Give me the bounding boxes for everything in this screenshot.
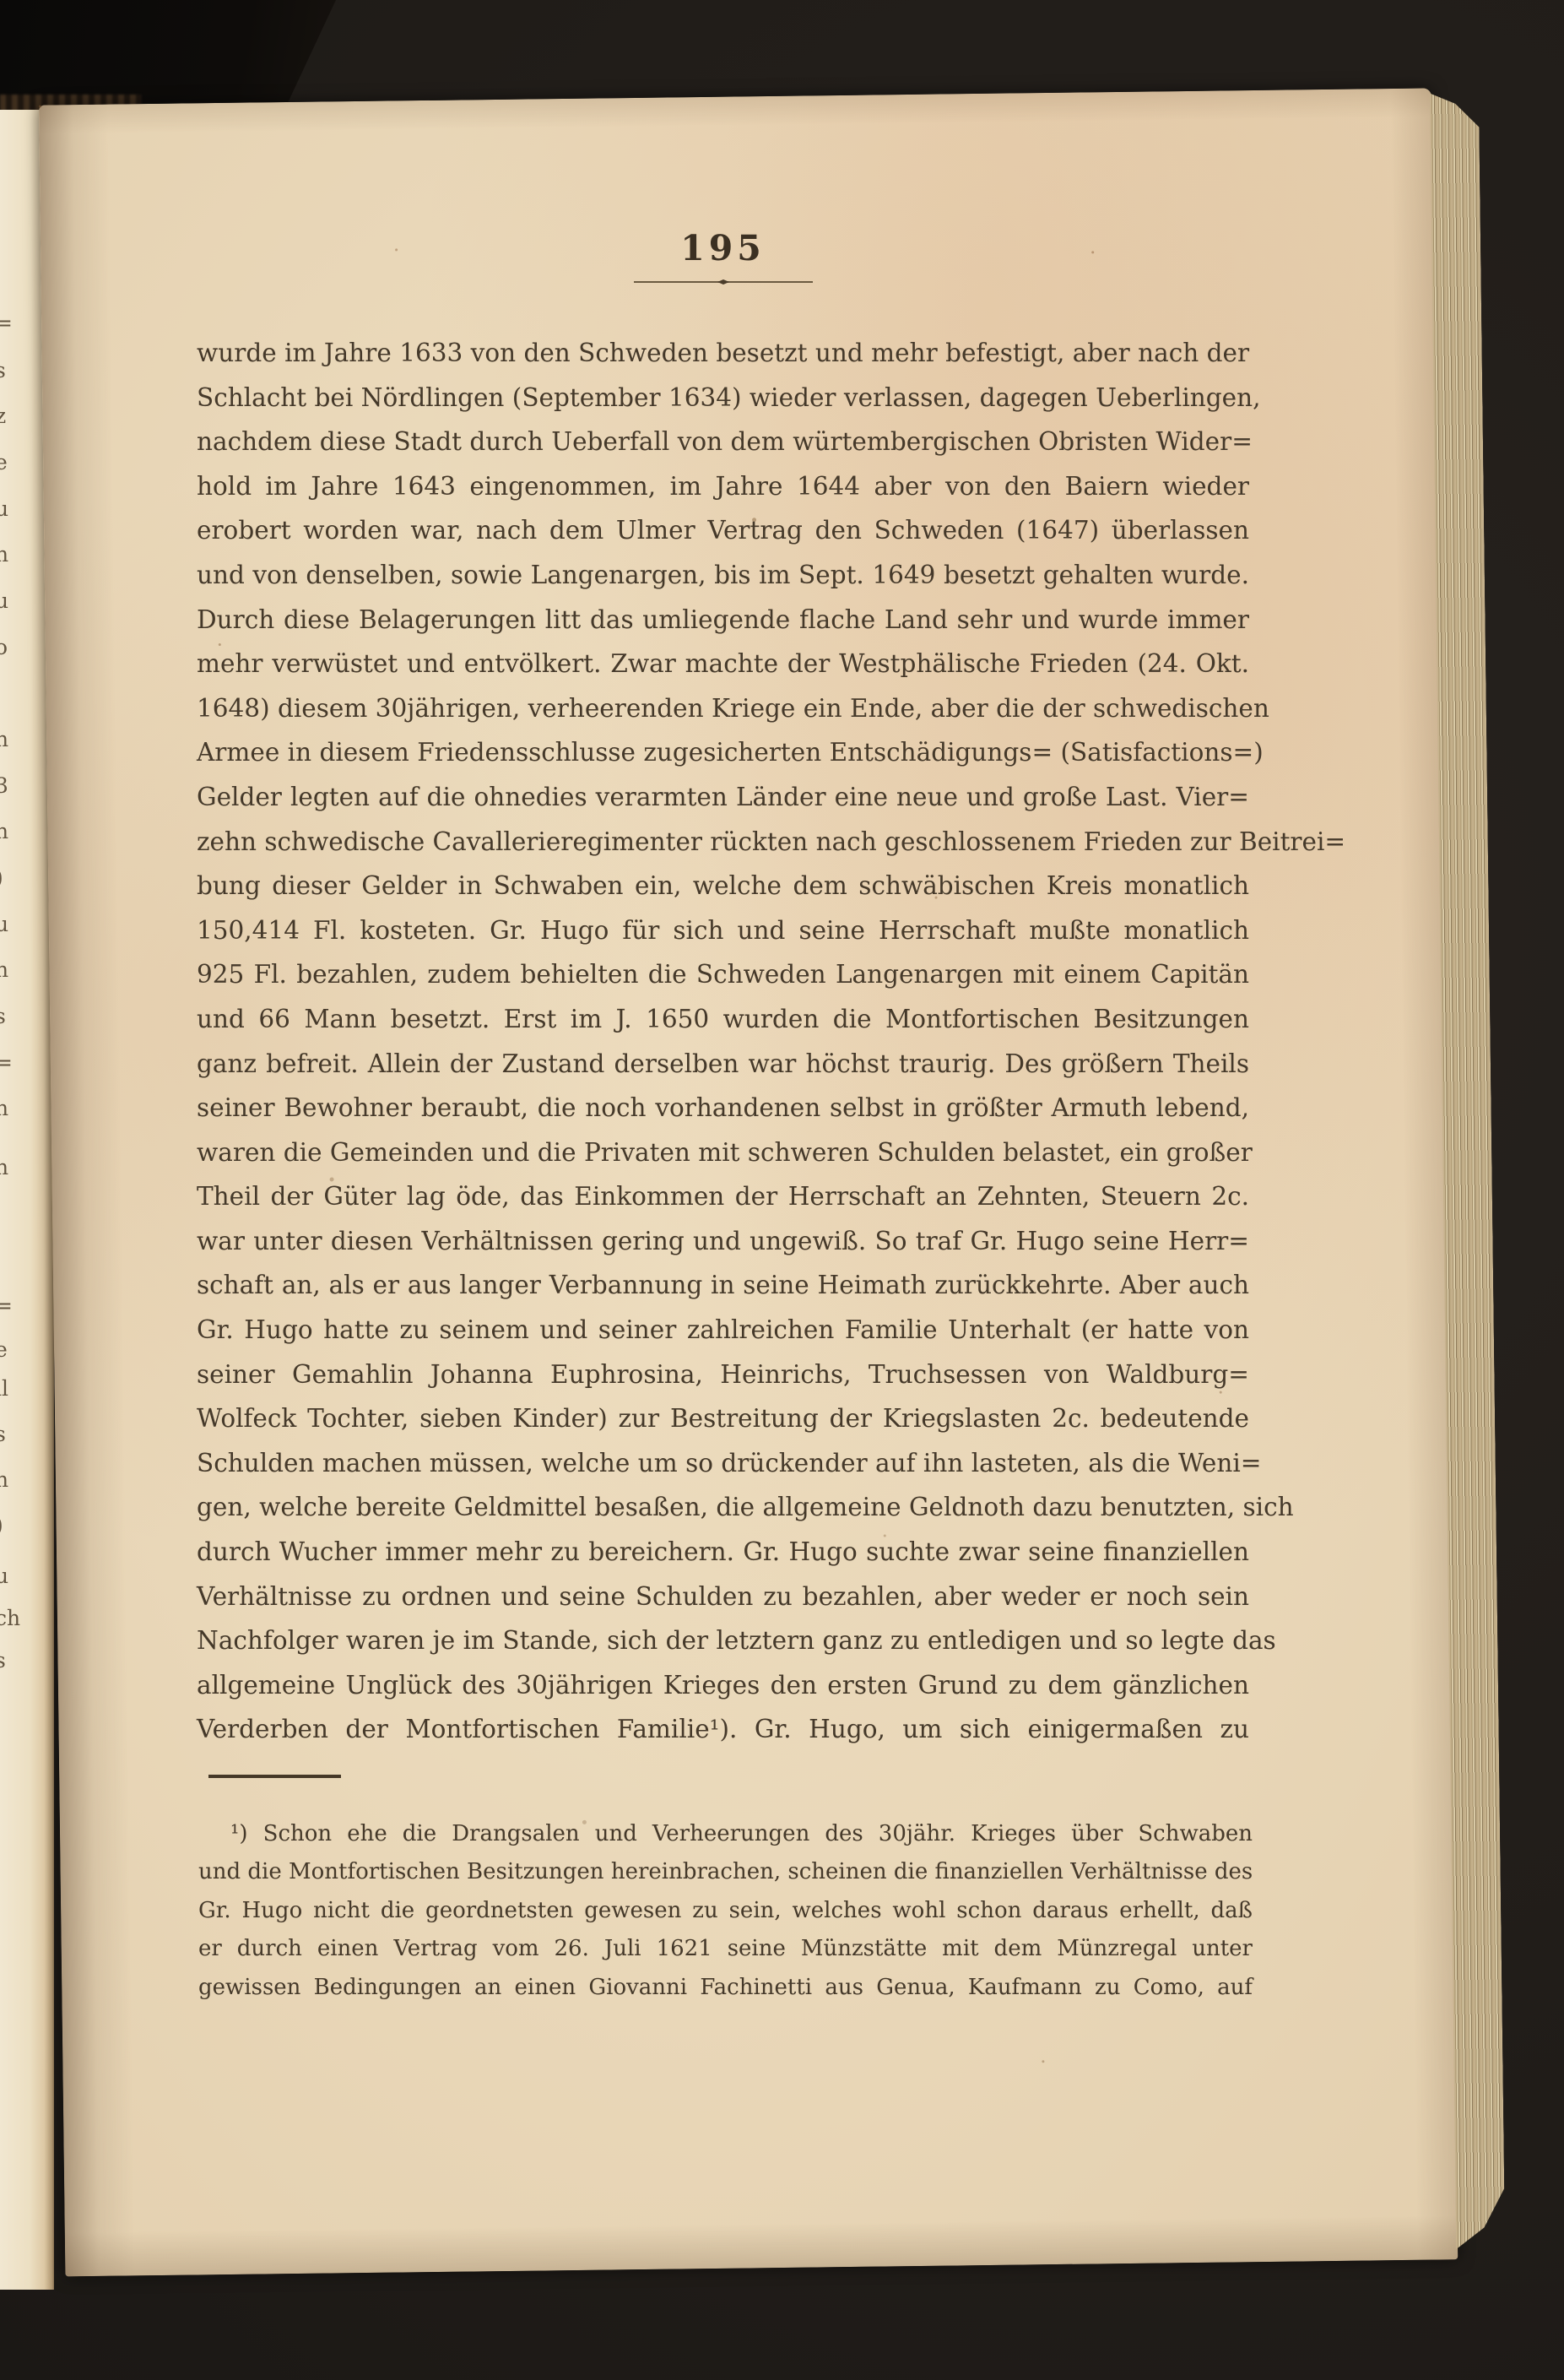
text-line: 1648) diesem 30jährigen, verheerenden Kr…: [197, 686, 1249, 731]
text-line: mehr verwüstet und entvölkert. Zwar mach…: [197, 642, 1249, 686]
text-line: Gr. Hugo hatte zu seinem und seiner zahl…: [197, 1308, 1249, 1353]
text-line: allgemeine Unglück des 30jährigen Kriege…: [197, 1663, 1249, 1708]
text-line: Gelder legten auf die ohnedies verarmten…: [197, 775, 1249, 820]
text-line: ¹) Schon ehe die Drangsalen und Verheeru…: [198, 1815, 1253, 1853]
text-line: gewissen Bedingungen an einen Giovanni F…: [198, 1969, 1253, 2007]
text-line: erobert worden war, nach dem Ulmer Vertr…: [197, 508, 1249, 553]
book-scan: =szeunuo.n3n)uhs=hn=eilsn)uchs 195 wurde…: [0, 0, 1564, 2380]
footnote-text: ¹) Schon ehe die Drangsalen und Verheeru…: [198, 1815, 1253, 2007]
text-line: ganz befreit. Allein der Zustand derselb…: [197, 1042, 1249, 1087]
text-line: Nachfolger waren je im Stande, sich der …: [197, 1618, 1249, 1663]
page-number-ornament-rule: [634, 281, 813, 283]
text-line: Durch diese Belagerungen litt das umlieg…: [197, 598, 1249, 642]
text-line: bung dieser Gelder in Schwaben ein, welc…: [197, 864, 1249, 908]
text-line: wurde im Jahre 1633 von den Schweden bes…: [197, 331, 1249, 376]
text-line: 925 Fl. bezahlen, zudem behielten die Sc…: [197, 952, 1249, 997]
text-line: hold im Jahre 1643 eingenommen, im Jahre…: [197, 464, 1249, 509]
text-line: Schulden machen müssen, welche um so drü…: [197, 1441, 1249, 1486]
text-line: er durch einen Vertrag vom 26. Juli 1621…: [198, 1930, 1253, 1968]
page-number: 195: [197, 228, 1249, 268]
text-line: und 66 Mann besetzt. Erst im J. 1650 wur…: [197, 997, 1249, 1042]
text-line: schaft an, als er aus langer Verbannung …: [197, 1263, 1249, 1308]
text-line: 150,414 Fl. kosteten. Gr. Hugo für sich …: [197, 908, 1249, 953]
text-line: Verhältnisse zu ordnen und seine Schulde…: [197, 1575, 1249, 1619]
text-line: Schlacht bei Nördlingen (September 1634)…: [197, 376, 1249, 420]
body-text: wurde im Jahre 1633 von den Schweden bes…: [197, 331, 1249, 1752]
text-line: durch Wucher immer mehr zu bereichern. G…: [197, 1530, 1249, 1575]
text-line: gen, welche bereite Geldmittel besaßen, …: [197, 1485, 1249, 1530]
text-line: Verderben der Montfortischen Familie¹). …: [197, 1707, 1249, 1752]
text-line: Gr. Hugo nicht die geordnetsten gewesen …: [198, 1892, 1253, 1930]
text-line: seiner Gemahlin Johanna Euphrosina, Hein…: [197, 1353, 1249, 1397]
text-line: Wolfeck Tochter, sieben Kinder) zur Best…: [197, 1396, 1249, 1441]
text-line: zehn schwedische Cavallerieregimenter rü…: [197, 820, 1249, 865]
text-line: nachdem diese Stadt durch Ueberfall von …: [197, 420, 1249, 464]
printed-text-layer: 195 wurde im Jahre 1633 von den Schweden…: [0, 0, 1564, 2380]
text-line: war unter diesen Verhältnissen gering un…: [197, 1219, 1249, 1264]
text-line: waren die Gemeinden und die Privaten mit…: [197, 1130, 1249, 1175]
footnote-separator-rule: [208, 1775, 341, 1778]
text-line: Armee in diesem Friedensschlusse zugesic…: [197, 730, 1249, 775]
text-line: Theil der Güter lag öde, das Einkommen d…: [197, 1174, 1249, 1219]
text-line: und von denselben, sowie Langenargen, bi…: [197, 553, 1249, 598]
text-line: und die Montfortischen Besitzungen herei…: [198, 1853, 1253, 1891]
text-line: seiner Bewohner beraubt, die noch vorhan…: [197, 1086, 1249, 1130]
